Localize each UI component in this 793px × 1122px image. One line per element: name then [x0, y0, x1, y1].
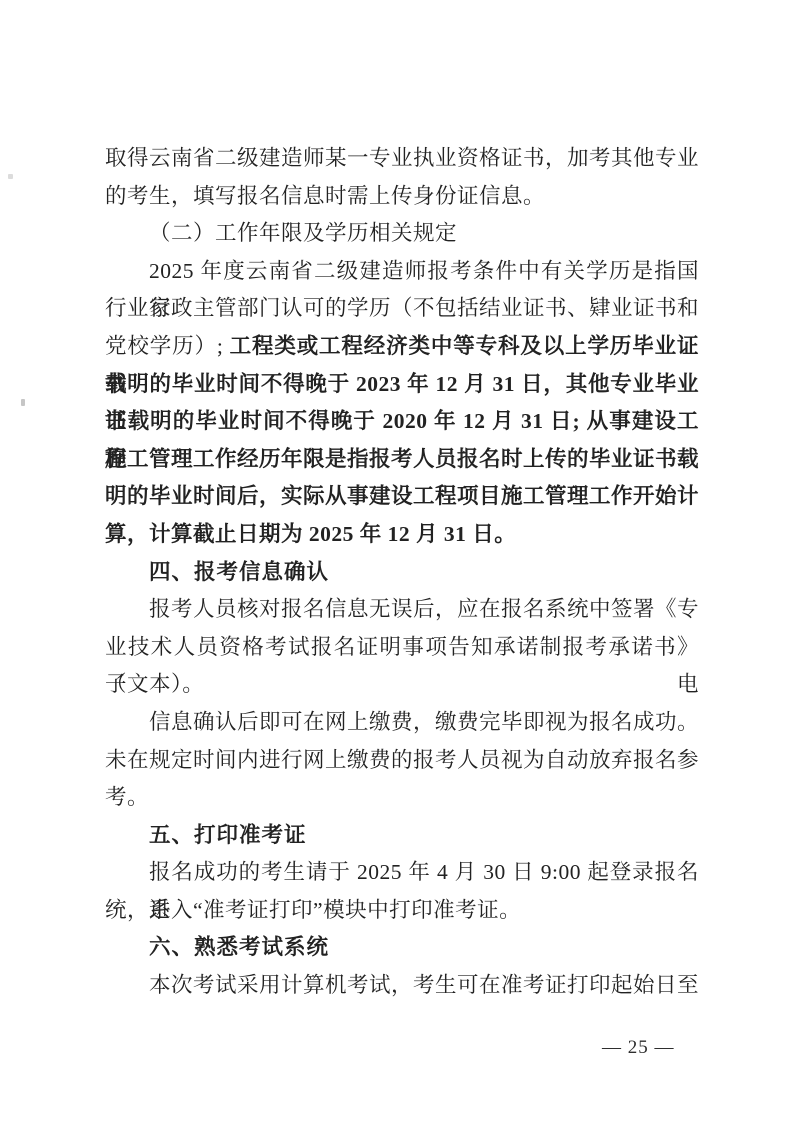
text-line: 书载明的毕业时间不得晚于 2020 年 12 月 31 日; 从事建设工程 [105, 403, 699, 441]
text-line: 信息确认后即可在网上缴费，缴费完毕即视为报名成功。 [105, 704, 699, 742]
text-segment: 五、打印准考证 [149, 823, 307, 847]
section-heading: 五、打印准考证 [105, 817, 699, 855]
text-line: 考。 [105, 779, 699, 817]
bold-text-segment: 施工管理工作经历年限是指报考人员报名时上传的毕业证书载 [105, 447, 699, 471]
document-page: 取得云南省二级建造师某一专业执业资格证书，加考其他专业的考生，填写报名信息时需上… [0, 0, 793, 1122]
text-segment: 考。 [105, 785, 149, 809]
bold-text-segment: 算，计算截止日期为 2025 年 12 月 31 日。 [105, 522, 516, 546]
text-line: 报考人员核对报名信息无误后，应在报名系统中签署《专 [105, 591, 699, 629]
text-line: 施工管理工作经历年限是指报考人员报名时上传的毕业证书载 [105, 441, 699, 479]
text-line: 本次考试采用计算机考试，考生可在准考证打印起始日至 [105, 967, 699, 1005]
text-segment: 信息确认后即可在网上缴费，缴费完毕即视为报名成功。 [149, 710, 699, 734]
text-line: 载明的毕业时间不得晚于 2023 年 12 月 31 日，其他专业毕业证 [105, 366, 699, 404]
document-body: 取得云南省二级建造师某一专业执业资格证书，加考其他专业的考生，填写报名信息时需上… [105, 140, 699, 1005]
text-line: 算，计算截止日期为 2025 年 12 月 31 日。 [105, 516, 699, 554]
text-line: 报名成功的考生请于 2025 年 4 月 30 日 9:00 起登录报名系 [105, 854, 699, 892]
text-line: 党校学历）; 工程类或工程经济类中等专科及以上学历毕业证书 [105, 328, 699, 366]
text-segment: 的考生，填写报名信息时需上传身份证信息。 [105, 184, 545, 208]
scan-speck [8, 174, 13, 179]
text-segment: 本次考试采用计算机考试，考生可在准考证打印起始日至 [149, 973, 699, 997]
text-segment: 六、熟悉考试系统 [149, 935, 329, 959]
text-line: （二）工作年限及学历相关规定 [105, 215, 699, 253]
text-line: 2025 年度云南省二级建造师报考条件中有关学历是指国家 [105, 253, 699, 291]
text-segment: 取得云南省二级建造师某一专业执业资格证书，加考其他专业 [105, 146, 699, 170]
text-line: 统，进入“准考证打印”模块中打印准考证。 [105, 892, 699, 930]
text-line: 明的毕业时间后，实际从事建设工程项目施工管理工作开始计 [105, 478, 699, 516]
text-line: 行业行政主管部门认可的学历（不包括结业证书、肄业证书和 [105, 290, 699, 328]
text-line: 取得云南省二级建造师某一专业执业资格证书，加考其他专业 [105, 140, 699, 178]
text-line: 未在规定时间内进行网上缴费的报考人员视为自动放弃报名参 [105, 742, 699, 780]
scan-speck [21, 399, 25, 406]
section-heading: 四、报考信息确认 [105, 554, 699, 592]
text-segment: 四、报考信息确认 [149, 560, 329, 584]
text-segment: 党校学历）; [105, 334, 230, 358]
text-segment: 子文本）。 [105, 672, 204, 696]
text-segment: 行业行政主管部门认可的学历（不包括结业证书、肄业证书和 [105, 296, 699, 320]
text-segment: 报考人员核对报名信息无误后，应在报名系统中签署《专 [149, 597, 699, 621]
text-segment: 未在规定时间内进行网上缴费的报考人员视为自动放弃报名参 [105, 748, 699, 772]
text-segment: 统，进入“准考证打印”模块中打印准考证。 [105, 898, 521, 922]
section-heading: 六、熟悉考试系统 [105, 929, 699, 967]
page-number-footer: — 25 — [602, 1034, 675, 1062]
text-line: 的考生，填写报名信息时需上传身份证信息。 [105, 178, 699, 216]
text-segment: （二）工作年限及学历相关规定 [149, 221, 457, 245]
bold-text-segment: 明的毕业时间后，实际从事建设工程项目施工管理工作开始计 [105, 484, 699, 508]
text-line: 业技术人员资格考试报名证明事项告知承诺制报考承诺书》（电 [105, 629, 699, 667]
